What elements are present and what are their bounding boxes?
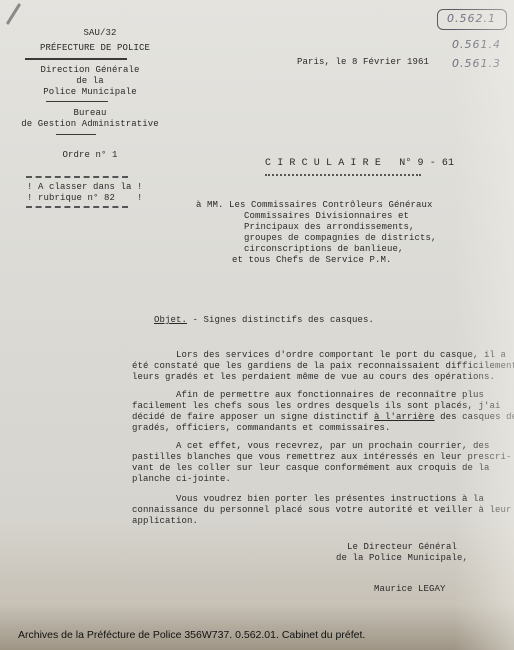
p4-line-2: connaissance du personnel placé sous vot…	[132, 505, 512, 515]
bureau-line-2: de Gestion Administrative	[5, 119, 175, 129]
classement-line-2: ! rubrique n° 82 !	[27, 193, 143, 203]
recipient-line-3: Principaux des arrondissements,	[244, 222, 415, 232]
direction-line-2: de la	[20, 76, 160, 86]
staple	[6, 3, 21, 25]
document-page: SAU/32 PRÉFECTURE DE POLICE Direction Gé…	[0, 0, 514, 650]
title-underline	[265, 174, 421, 176]
p1-line-1: Lors des services d'ordre comportant le …	[132, 350, 506, 360]
signature-name: Maurice LEGAY	[374, 584, 446, 594]
emphasis-underlined: à l'arrière	[374, 412, 435, 422]
handwritten-ref-2: 0.561.4	[452, 38, 501, 51]
p2-line-3-pre: décidé de faire apposer un signe distinc…	[132, 412, 374, 422]
box-bottom-border	[26, 206, 128, 208]
objet-label: Objet.	[154, 315, 187, 325]
prefecture-heading: PRÉFECTURE DE POLICE	[20, 43, 170, 53]
recipient-line-6: et tous Chefs de Service P.M.	[232, 255, 392, 265]
box-top-border	[26, 176, 128, 178]
archive-caption: Archives de la Préfécture de Police 356W…	[18, 629, 365, 641]
p1-line-2: été constaté que les gardiens de la paix…	[132, 361, 514, 371]
direction-line-3: Police Municipale	[20, 87, 160, 97]
divider	[25, 58, 127, 60]
recipient-line-5: circonscriptions de banlieue,	[244, 244, 404, 254]
recipient-line-1: à MM. Les Commissaires Contrôleurs Génér…	[196, 200, 433, 210]
p3-line-4: planche ci-jointe.	[132, 474, 231, 484]
direction-line-1: Direction Générale	[20, 65, 160, 75]
p2-line-3-post: des casques des	[435, 412, 514, 422]
objet-line: Objet. - Signes distinctifs des casques.	[132, 305, 374, 335]
recipient-line-2: Commissaires Divisionnaires et	[244, 211, 409, 221]
signature-title-1: Le Directeur Général	[347, 542, 457, 552]
handwritten-ref-3: 0.561.3	[452, 57, 501, 70]
classement-line-1: ! A classer dans la !	[27, 182, 143, 192]
divider	[46, 101, 108, 102]
recipient-line-4: groupes de compagnies de districts,	[244, 233, 437, 243]
objet-text: - Signes distinctifs des casques.	[187, 315, 374, 325]
handwritten-ref-1: 0.562.1	[447, 12, 496, 25]
p4-line-1: Vous voudrez bien porter les présentes i…	[132, 494, 484, 504]
bureau-line-1: Bureau	[20, 108, 160, 118]
p3-line-3: vant de les coller sur leur casque confo…	[132, 463, 490, 473]
p1-line-3: leurs gradés et les perdaient même de vu…	[132, 372, 495, 382]
p2-line-1: Afin de permettre aux fonctionnaires de …	[132, 390, 484, 400]
ordre-number: Ordre n° 1	[20, 150, 160, 160]
date-line: Paris, le 8 Février 1961	[297, 57, 429, 67]
divider	[56, 134, 96, 135]
p3-line-2: pastilles blanches que vous remettrez au…	[132, 452, 512, 462]
circulaire-title: C I R C U L A I R E N° 9 - 61	[265, 159, 454, 169]
p4-line-3: application.	[132, 516, 198, 526]
p3-line-1: A cet effet, vous recevrez, par un proch…	[132, 441, 490, 451]
p2-line-3: décidé de faire apposer un signe distinc…	[132, 412, 514, 422]
reference-code: SAU/32	[30, 28, 170, 38]
p2-line-2: facilement les chefs sous les ordres des…	[132, 401, 501, 411]
p2-line-4: gradés, officiers, commandants et commis…	[132, 423, 391, 433]
signature-title-2: de la Police Municipale,	[336, 553, 468, 563]
